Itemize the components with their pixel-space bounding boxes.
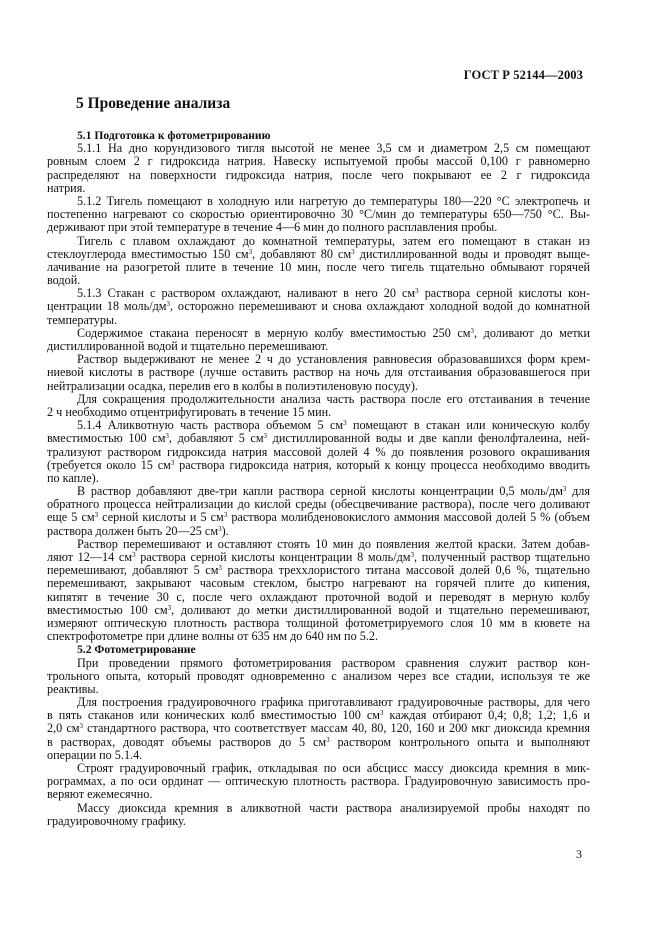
text-line: температуры.: [47, 314, 590, 327]
text-line: в растворах, доводят объемы растворов до…: [47, 736, 590, 749]
text-line: (требуется около 15 см3 раствора гидрокс…: [47, 459, 590, 472]
document-header: ГОСТ Р 52144—2003: [464, 68, 583, 83]
text-line: Массу диоксида кремния в аликвотной част…: [47, 802, 590, 815]
text-line: вместимостью 100 см3, добавляют 5 см3 ди…: [47, 432, 590, 445]
text-line: нейтрализации осадка, перелив его в колб…: [47, 380, 590, 393]
text-line: ниевой кислоты в растворе (лучше оставит…: [47, 366, 590, 379]
text-line: Тигель с плавом охлаждают до комнатной т…: [47, 235, 590, 248]
text-line: трализуют раствором гидроксида натрия ма…: [47, 446, 590, 459]
subsection-heading: 5.2 Фотометрирование: [47, 643, 590, 656]
text-line: перемешивают, закрывают часовым стеклом,…: [47, 577, 590, 590]
text-line: При проведении прямого фотометрирования …: [47, 657, 590, 670]
text-line: еще 5 см3 серной кислоты и 5 см3 раствор…: [47, 511, 590, 524]
text-line: держивают при этой температуре в течение…: [47, 221, 590, 234]
section-title: 5 Проведение анализа: [76, 95, 230, 113]
text-line: стеклоуглерода вместимостью 150 см3, доб…: [47, 248, 590, 261]
page-number: 3: [576, 847, 582, 862]
text-line: раствора должен быть 20—25 см3).: [47, 525, 590, 538]
text-line: натрия.: [47, 182, 590, 195]
text-line: спектрофотометре при длине волны от 635 …: [47, 630, 590, 643]
text-line: кипятят в течение 30 с, после чего охлаж…: [47, 591, 590, 604]
text-line: центрации 18 моль/дм3, осторожно перемеш…: [47, 300, 590, 313]
text-line: градуировочному графику.: [47, 815, 590, 828]
text-line: веряют ежемесячно.: [47, 788, 590, 801]
text-line: вместимостью 100 см3, доливают до метки …: [47, 604, 590, 617]
text-line: трольного опыта, который проводят одновр…: [47, 670, 590, 683]
text-line: ровным слоем 2 г гидроксида натрия. Наве…: [47, 155, 590, 168]
text-line: лачивание на разогретой плите в течение …: [47, 261, 590, 274]
document-page: ГОСТ Р 52144—2003 5 Проведение анализа 5…: [0, 0, 661, 936]
document-body: 5.1 Подготовка к фотометрированию5.1.1 Н…: [47, 129, 590, 828]
text-line: 2,0 см3 стандартного раствора, что соотв…: [47, 722, 590, 735]
text-line: распределяют на поверхности гидроксида н…: [47, 169, 590, 182]
text-line: Для сокращения продолжительности анализа…: [47, 393, 590, 406]
